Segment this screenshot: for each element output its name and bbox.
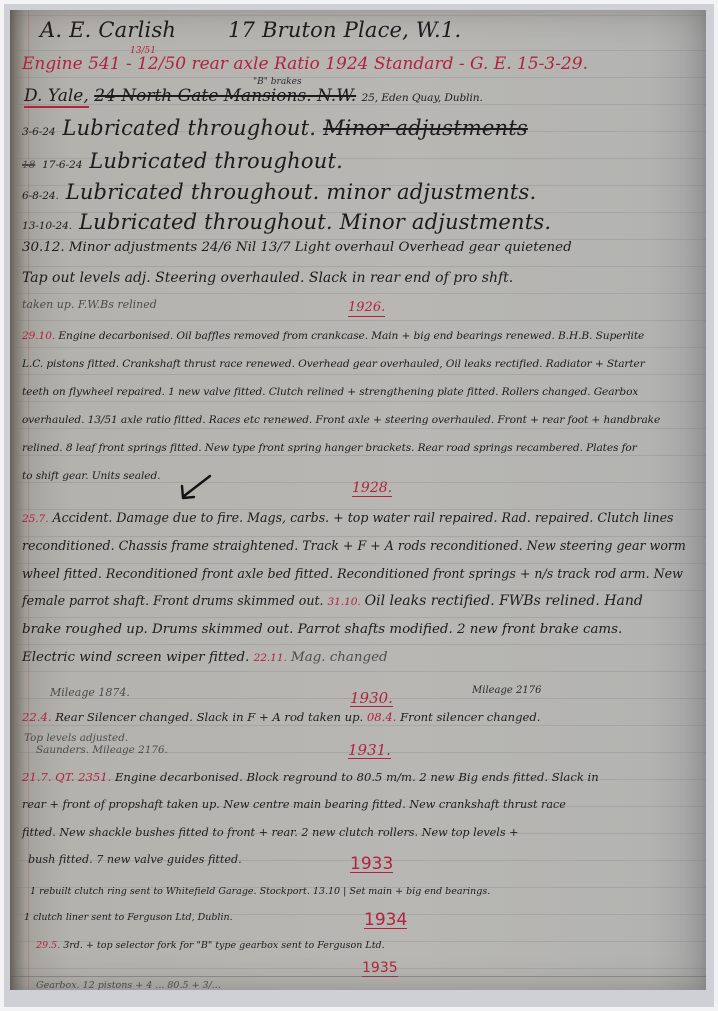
entry-1931-line-1: 21.7. QT. 2351. Engine decarbonised. Blo… — [22, 770, 700, 784]
entry-1931-line-2: rear + front of propshaft taken up. New … — [22, 798, 700, 811]
entry-1931-line-3: fitted. New shackle bushes fitted to fro… — [22, 826, 700, 839]
second-owner-line: D. Yale, 24 North Gate Mansions. N.W. 25… — [24, 86, 700, 106]
entry-1934-line: 29.5. 3rd. + top selector fork for "B" t… — [36, 940, 700, 951]
entry-1926-line-3: teeth on flywheel repaired. 1 new valve … — [22, 386, 700, 398]
ledger-page: A. E. Carlish 17 Bruton Place, W.1. 13/5… — [10, 10, 706, 990]
entry-1928-line-5: brake roughed up. Drums skimmed out. Par… — [22, 622, 700, 637]
entry-1930-line-1: 22.4. Rear Silencer changed. Slack in F … — [22, 710, 700, 724]
year-heading-1934: 1934 — [364, 912, 407, 929]
ruled-line-bottom — [10, 976, 706, 977]
entry-1925-line-2: Tap out levels adj. Steering overhauled.… — [22, 270, 700, 286]
year-heading-1933: 1933 — [350, 856, 393, 873]
owner-name: A. E. Carlish — [40, 18, 176, 42]
entry-1928-line-2: reconditioned. Chassis frame straightene… — [22, 538, 700, 553]
entry-1924-4: 13-10-24. Lubricated throughout. Minor a… — [22, 210, 700, 234]
arrow-pointer-icon — [178, 474, 214, 502]
header-line: A. E. Carlish 17 Bruton Place, W.1. — [40, 18, 700, 42]
entry-1928-line-6: Electric wind screen wiper fitted. 22.11… — [22, 650, 700, 665]
entry-1926-line-5: relined. 8 leaf front springs fitted. Ne… — [22, 442, 700, 454]
entry-1935-partial: Gearbox. 12 pistons + 4 ... 80.5 + 3/... — [36, 980, 700, 990]
entry-1926-line-4: overhauled. 13/51 axle ratio fitted. Rac… — [22, 414, 700, 426]
year-heading-1935: 1935 — [362, 960, 398, 977]
entry-1926-line-1: 29.10. Engine decarbonised. Oil baffles … — [22, 330, 700, 342]
struck-address: 24 North Gate Mansions. N.W. — [94, 86, 356, 106]
entry-1926-line-2: L.C. pistons fitted. Crankshaft thrust r… — [22, 358, 700, 370]
year-heading-1926: 1926. — [348, 300, 385, 317]
entry-1928-line-4: female parrot shaft. Front drums skimmed… — [22, 593, 700, 609]
year-heading-1931: 1931. — [348, 742, 391, 759]
entry-1928-line-1: 25.7. Accident. Damage due to fire. Mags… — [22, 510, 700, 525]
entry-1925-line-1: 30.12. Minor adjustments 24/6 Nil 13/7 L… — [22, 240, 700, 255]
entry-1933-line-2: 1 clutch liner sent to Ferguson Ltd, Dub… — [24, 912, 700, 923]
owner-address: 17 Bruton Place, W.1. — [228, 18, 461, 42]
entry-1933-line-1: 1 rebuilt clutch ring sent to Whitefield… — [30, 886, 700, 897]
entry-1924-1: 3-6-24 Lubricated throughout. Minor adju… — [22, 116, 700, 140]
mileage-2176-note: Mileage 2176 — [472, 685, 541, 696]
second-owner-name: D. Yale, — [24, 86, 89, 108]
entry-1928-line-3: wheel fitted. Reconditioned front axle b… — [22, 566, 700, 581]
new-address: 25, Eden Quay, Dublin. — [362, 92, 483, 104]
entry-1924-3: 6-8-24. Lubricated throughout. minor adj… — [22, 180, 700, 204]
entry-1924-2: 18 17-6-24 Lubricated throughout. — [22, 149, 700, 173]
year-heading-1928: 1928. — [352, 480, 392, 497]
year-heading-1930: 1930. — [350, 690, 393, 707]
engine-line: Engine 541 - 12/50 rear axle Ratio 1924 … — [22, 54, 700, 74]
